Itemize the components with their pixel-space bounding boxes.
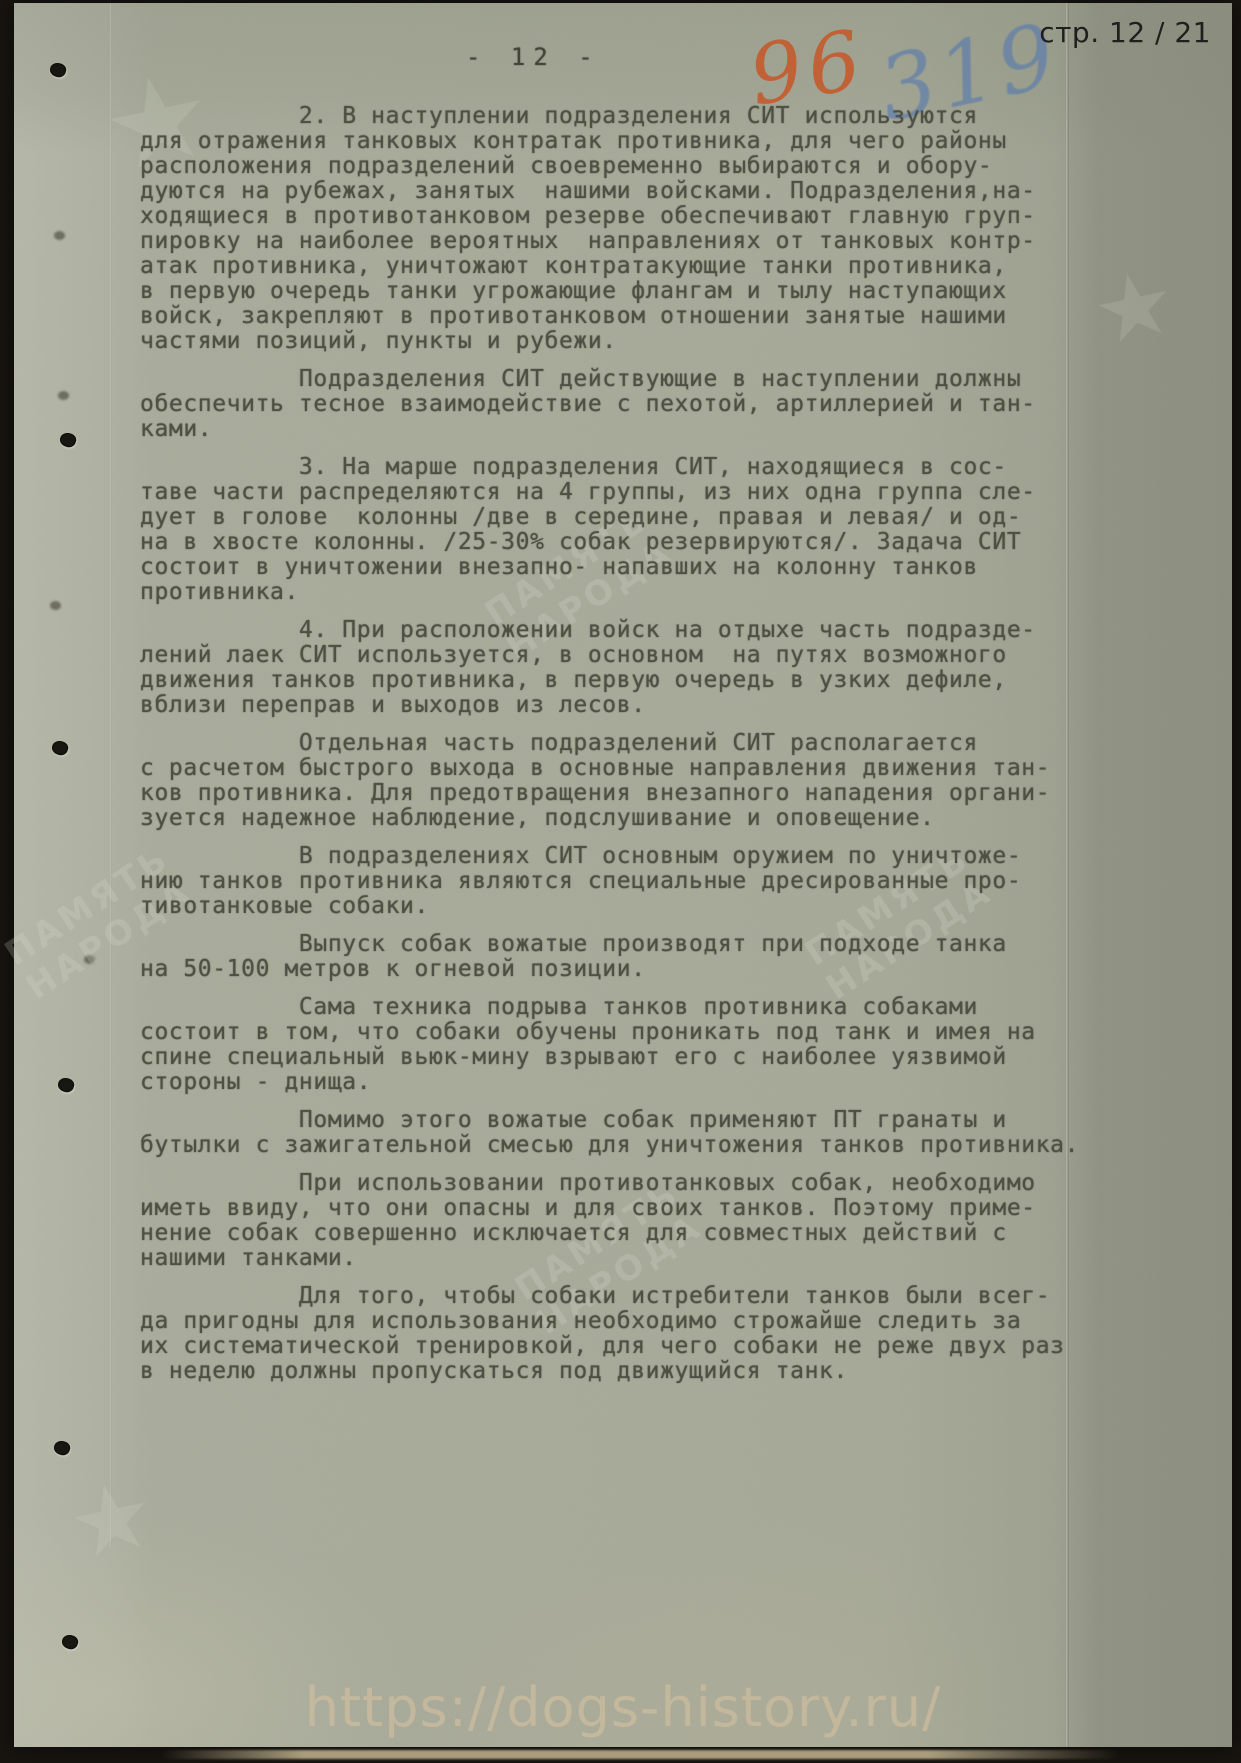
- underlying-page-edge: [160, 1750, 1120, 1759]
- document-page: ★ ★ ★ ПАМЯТЬ НАРОДА ПАМЯТЬ НАРОДА ПАМЯТЬ…: [14, 3, 1232, 1747]
- scan-background: ★ ★ ★ ПАМЯТЬ НАРОДА ПАМЯТЬ НАРОДА ПАМЯТЬ…: [0, 0, 1241, 1763]
- paragraph: При использовании противотанковых собак,…: [140, 1171, 1150, 1271]
- paper-smudge: [58, 391, 69, 400]
- paragraph: 2. В наступлении подразделения СИТ испол…: [140, 104, 1150, 354]
- paragraph: Отдельная часть подразделений СИТ распол…: [140, 731, 1150, 831]
- punch-hole: [60, 1633, 80, 1651]
- paragraph: 4. При расположении войск на отдыхе част…: [140, 618, 1150, 718]
- paper-smudge: [50, 601, 61, 610]
- punch-hole: [56, 1076, 76, 1094]
- paper-crease-left: [110, 3, 112, 1547]
- paragraph: Помимо этого вожатые собак применяют ПТ …: [140, 1108, 1150, 1158]
- viewer-page-indicator: стр. 12 / 21: [1039, 16, 1211, 49]
- paper-smudge: [84, 955, 95, 964]
- punch-hole: [48, 61, 68, 79]
- punch-hole: [52, 1439, 72, 1457]
- paragraph: Выпуск собак вожатые производят при подх…: [140, 932, 1150, 982]
- punch-hole: [50, 739, 70, 757]
- paragraph: Подразделения СИТ действующие в наступле…: [140, 367, 1150, 442]
- paragraph: 3. На марше подразделения СИТ, находящие…: [140, 455, 1150, 605]
- site-url-watermark: https://dogs-history.ru/: [305, 1676, 942, 1739]
- paper-smudge: [54, 231, 65, 240]
- paragraph: Для того, чтобы собаки истребители танко…: [140, 1284, 1150, 1384]
- typed-body-text: 2. В наступлении подразделения СИТ испол…: [140, 91, 1150, 1397]
- paragraph: В подразделениях СИТ основным оружием по…: [140, 844, 1150, 919]
- punch-hole: [58, 431, 78, 449]
- paragraph: Сама техника подрыва танков противника с…: [140, 995, 1150, 1095]
- typed-page-number: - 12 -: [466, 43, 601, 71]
